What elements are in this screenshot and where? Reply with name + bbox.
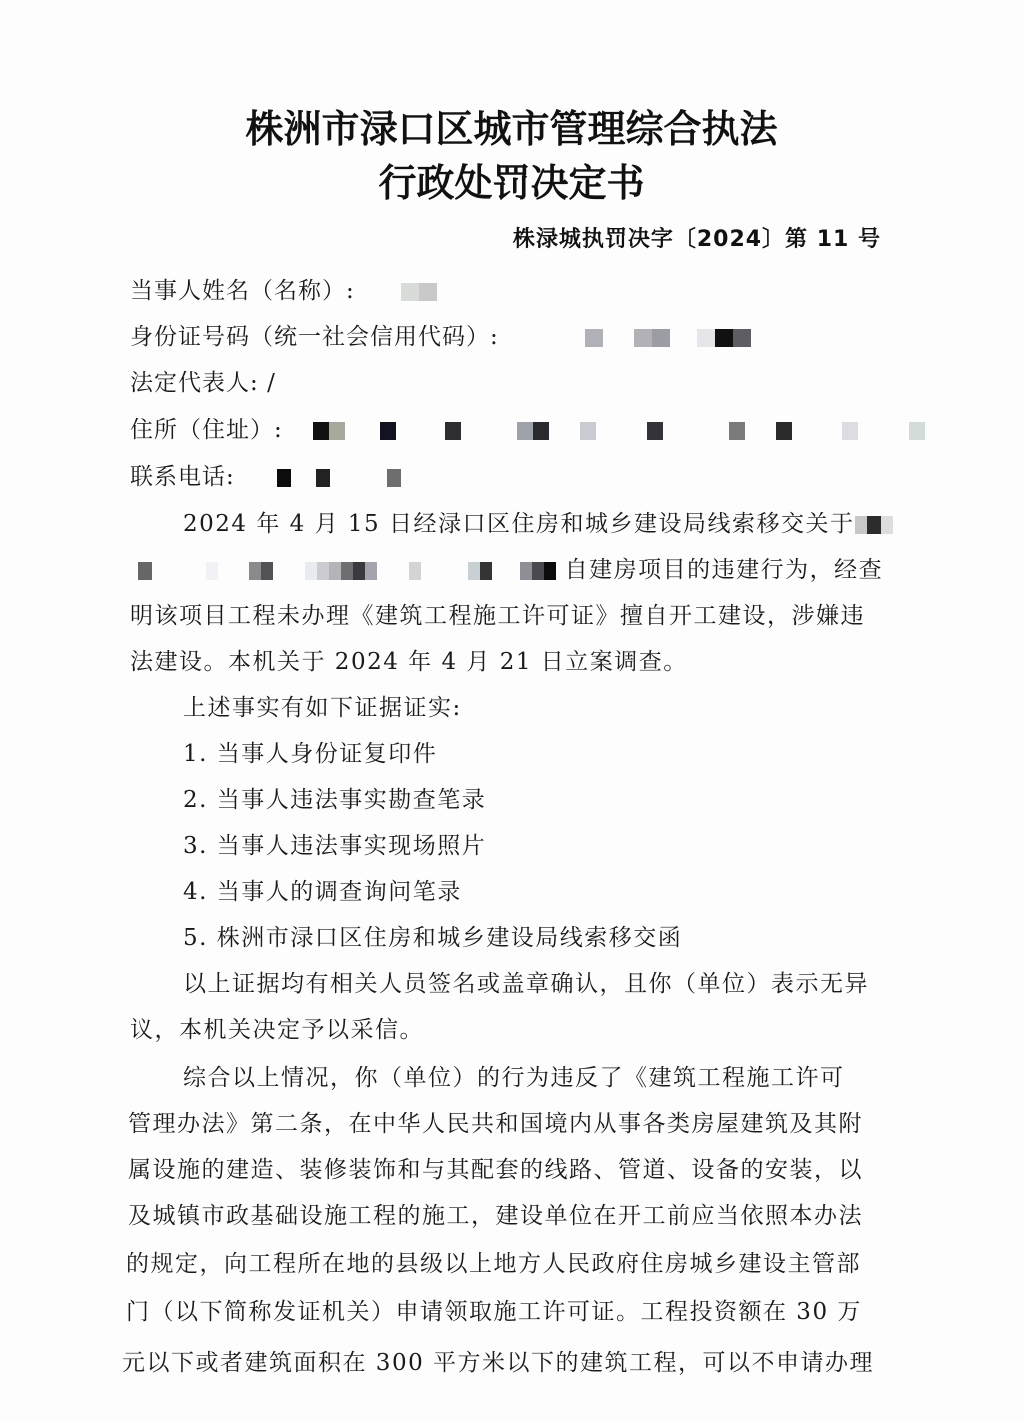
paragraph-1-line-4: 法建设。本机关于 2024 年 4 月 21 日立案调查。	[130, 643, 688, 676]
party-name-label: 当事人姓名（名称）:	[130, 278, 355, 304]
redacted-id	[697, 329, 715, 347]
redacted-phone	[316, 469, 330, 487]
phone-row: 联系电话:	[130, 458, 401, 491]
redacted-project	[206, 562, 218, 580]
redacted-address	[729, 422, 745, 440]
legal-rep-row: 法定代表人: /	[130, 364, 276, 397]
redacted-id	[652, 329, 670, 347]
legal-rep-label: 法定代表人:	[130, 370, 259, 396]
redacted-phone	[387, 469, 401, 487]
legal-rep-value: /	[267, 370, 276, 396]
redacted-project	[468, 562, 480, 580]
party-id-label: 身份证号码（统一社会信用代码）:	[130, 324, 499, 350]
redacted-project	[329, 562, 341, 580]
document-title-line1: 株洲市渌口区城市管理综合执法	[0, 98, 1023, 153]
redacted-project	[261, 562, 273, 580]
redacted-project	[138, 562, 152, 580]
evidence-item: 5. 株洲市渌口区住房和城乡建设局线索移交函	[183, 919, 682, 952]
redacted-name	[401, 283, 419, 301]
paragraph-3-line-7: 元以下或者建筑面积在 300 平方米以下的建筑工程，可以不申请办理	[122, 1344, 874, 1377]
redacted-id	[634, 329, 652, 347]
redacted-id	[733, 329, 751, 347]
redacted-id	[585, 329, 603, 347]
redacted-name	[419, 283, 437, 301]
redacted-id	[715, 329, 733, 347]
phone-label: 联系电话:	[130, 464, 235, 490]
redacted-address	[329, 422, 345, 440]
party-name-row: 当事人姓名（名称）:	[130, 272, 437, 305]
redacted-address	[517, 422, 533, 440]
evidence-item: 2. 当事人违法事实勘查笔录	[183, 781, 486, 814]
redacted-project	[249, 562, 261, 580]
paragraph-3-line-5: 的规定，向工程所在地的县级以上地方人民政府住房城乡建设主管部	[126, 1245, 861, 1278]
paragraph-2-line-2: 议，本机关决定予以采信。	[130, 1011, 424, 1044]
redacted-address	[842, 422, 858, 440]
evidence-intro: 上述事实有如下证据证实:	[183, 689, 462, 722]
evidence-item: 4. 当事人的调查询问笔录	[183, 873, 462, 906]
redacted-project	[305, 562, 317, 580]
redacted-project	[867, 516, 881, 534]
redacted-address	[776, 422, 792, 440]
paragraph-text: 2024 年 4 月 15 日经渌口区住房和城乡建设局线索移交关于	[183, 511, 855, 537]
address-row: 住所（住址）:	[130, 411, 925, 444]
evidence-item: 1. 当事人身份证复印件	[183, 735, 437, 768]
redacted-address	[313, 422, 329, 440]
paragraph-3-line-1: 综合以上情况，你（单位）的行为违反了《建筑工程施工许可	[183, 1059, 845, 1092]
paragraph-2-line-1: 以上证据均有相关人员签名或盖章确认，且你（单位）表示无异	[183, 965, 869, 998]
paragraph-1-line-3: 明该项目工程未办理《建筑工程施工许可证》擅自开工建设，涉嫌违	[130, 597, 865, 630]
redacted-address	[909, 422, 925, 440]
redacted-project	[480, 562, 492, 580]
redacted-project	[317, 562, 329, 580]
document-title-line2: 行政处罚决定书	[0, 152, 1023, 207]
evidence-item: 3. 当事人违法事实现场照片	[183, 827, 486, 860]
paragraph-3-line-2: 管理办法》第二条，在中华人民共和国境内从事各类房屋建筑及其附	[128, 1105, 863, 1138]
paragraph-3-line-4: 及城镇市政基础设施工程的施工，建设单位在开工前应当依照本办法	[128, 1197, 863, 1230]
paragraph-text: 自建房项目的违建行为，经查	[565, 557, 884, 583]
redacted-project	[520, 562, 532, 580]
paragraph-3-line-6: 门（以下简称发证机关）申请领取施工许可证。工程投资额在 30 万	[126, 1293, 862, 1326]
document-number: 株渌城执罚决字〔2024〕第 11 号	[513, 222, 881, 253]
redacted-address	[445, 422, 461, 440]
party-id-row: 身份证号码（统一社会信用代码）:	[130, 318, 751, 351]
redacted-project	[855, 516, 867, 534]
redacted-address	[580, 422, 596, 440]
redacted-address	[380, 422, 396, 440]
redacted-project	[365, 562, 377, 580]
paragraph-1-line-1: 2024 年 4 月 15 日经渌口区住房和城乡建设局线索移交关于	[183, 505, 893, 538]
redacted-project	[341, 562, 353, 580]
paragraph-3-line-3: 属设施的建造、装修装饰和与其配套的线路、管道、设备的安装，以	[128, 1151, 863, 1184]
paragraph-1-line-2: 自建房项目的违建行为，经查	[138, 551, 883, 584]
redacted-address	[647, 422, 663, 440]
redacted-project	[881, 516, 893, 534]
document-page: 株洲市渌口区城市管理综合执法 行政处罚决定书 株渌城执罚决字〔2024〕第 11…	[0, 0, 1023, 1421]
redacted-address	[533, 422, 549, 440]
address-label: 住所（住址）:	[130, 417, 283, 443]
redacted-phone	[277, 469, 291, 487]
redacted-project	[353, 562, 365, 580]
redacted-project	[544, 562, 556, 580]
redacted-project	[409, 562, 421, 580]
redacted-project	[532, 562, 544, 580]
